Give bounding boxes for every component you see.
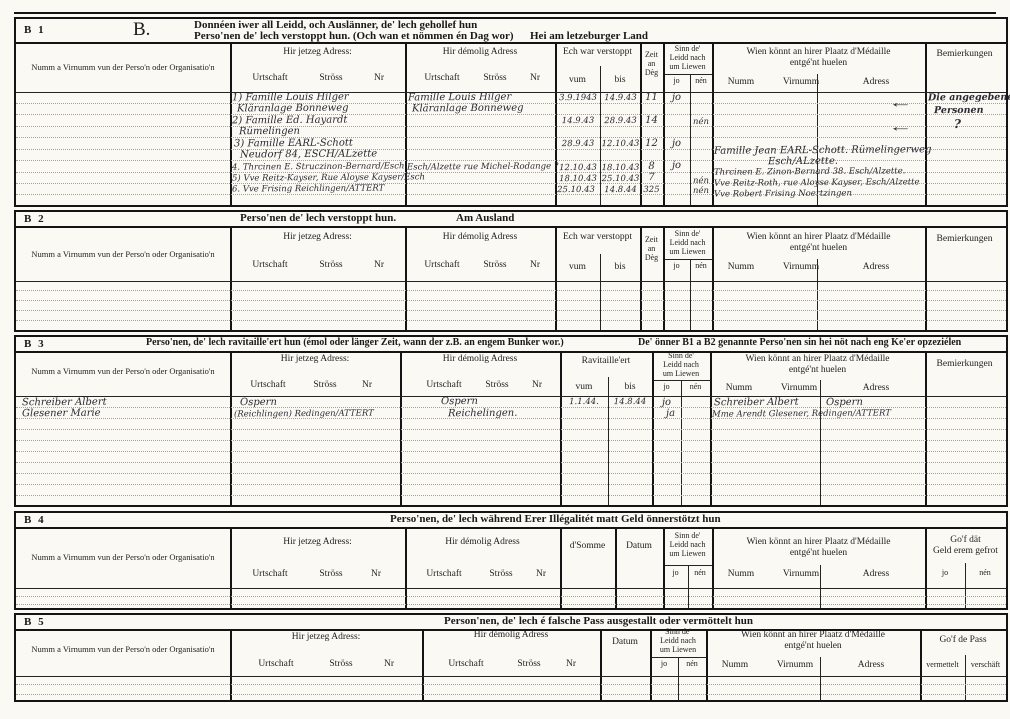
column-line bbox=[920, 629, 922, 700]
hw-entry: 25.10.43 bbox=[554, 185, 598, 195]
b4-gof-1: Go'f dät bbox=[925, 535, 1006, 546]
b4-gof-2: Geld erem gefrot bbox=[925, 546, 1006, 557]
column-line bbox=[600, 629, 602, 700]
hw-entry: 14.8.44 bbox=[601, 185, 640, 195]
hw-entry: Ospern bbox=[240, 397, 277, 408]
b3-col-jetzeg: Hir jetzeg Adress: bbox=[230, 354, 400, 365]
section-b2: B 2 Perso'nen de' lech verstoppt hun. Am… bbox=[14, 210, 1008, 332]
b5-wien-virnumm: Virnumm bbox=[764, 660, 826, 671]
b3-demolig-nr: Nr bbox=[522, 380, 552, 391]
b2-jetzeg-urtschaft: Urtschaft bbox=[240, 260, 300, 271]
b4-wien-virnumm: Virnumm bbox=[771, 569, 831, 580]
hw-entry: 28.9.43 bbox=[556, 139, 600, 149]
rule-line bbox=[16, 114, 1006, 115]
b3-sinn-nen: nén bbox=[681, 383, 710, 392]
b5-title: Person'nen, de' lech é falsche Pass ausg… bbox=[444, 615, 753, 627]
b3-wien-adress: Adress bbox=[836, 383, 916, 394]
b3-wien-2: entgé'nt huelen bbox=[710, 365, 925, 376]
hw-entry: 4. Thrcinen E. Struczinon-Bernard/Esch bbox=[232, 161, 405, 172]
b1-col-name: Numm a Virnumm vun der Perso'n oder Orga… bbox=[18, 63, 228, 73]
rule-line bbox=[16, 694, 1006, 695]
b4-col-datum: Datum bbox=[615, 541, 663, 552]
hw-entry: 14.8.44 bbox=[610, 397, 650, 407]
column-line bbox=[925, 351, 927, 505]
b2-col-bem: Bemierkungen bbox=[925, 234, 1004, 245]
b3-ravit-vum: vum bbox=[560, 382, 608, 393]
hw-remark: ? bbox=[954, 117, 961, 131]
b4-wien-adress: Adress bbox=[836, 569, 916, 580]
b1-sinn-3: um Liewen bbox=[663, 63, 712, 72]
b2-jetzeg-nr: Nr bbox=[364, 260, 394, 271]
b2-id: B 2 bbox=[24, 213, 46, 225]
hw-entry: 6. Vve Frising Reichlingen/ATTERT bbox=[232, 183, 384, 194]
b1-jetzeg-nr: Nr bbox=[364, 73, 394, 84]
b1-col-bem: Bemierkungen bbox=[925, 49, 1004, 60]
hw-entry: 11 bbox=[640, 92, 663, 103]
b2-demolig-urtschaft: Urtschaft bbox=[412, 260, 472, 271]
hw-entry: 18.10.43 bbox=[601, 163, 640, 173]
hw-entry: 12.10.43 bbox=[601, 139, 640, 149]
b3-sinn-3: um Liewen bbox=[652, 370, 710, 379]
hw-entry: Glesener Marie bbox=[22, 408, 101, 420]
b3-id: B 3 bbox=[24, 338, 46, 350]
b2-wien-virnumm: Virnumm bbox=[771, 262, 831, 273]
b2-wien-adress: Adress bbox=[836, 262, 916, 273]
hw-entry: ja bbox=[656, 408, 685, 419]
b4-sinn-nen: nén bbox=[688, 569, 712, 578]
b5-sinn-jo: jo bbox=[650, 660, 678, 669]
b2-verstoppt-vum: vum bbox=[555, 262, 600, 273]
hw-entry: 325 bbox=[640, 185, 663, 195]
b4-demolig-stross: Ströss bbox=[478, 569, 524, 580]
column-line bbox=[650, 629, 652, 700]
hw-entry: 1) Famille Louis Hilger bbox=[232, 92, 349, 104]
rule-line bbox=[16, 290, 1006, 291]
b2-title-right: Am Ausland bbox=[456, 212, 514, 224]
column-line bbox=[405, 226, 407, 330]
b2-title-rule bbox=[16, 226, 1006, 228]
hw-entry: Thrcinen E. Zinon-Bernard 38. Esch/Alzet… bbox=[714, 166, 906, 177]
b5-gof-vermettelt: vermettelt bbox=[920, 661, 965, 670]
b5-jetzeg-nr: Nr bbox=[374, 659, 404, 670]
scanned-form-page: B 1 B. Donnéen iwer all Leidd, och Auslä… bbox=[0, 0, 1010, 719]
b4-title-rule bbox=[16, 527, 1006, 529]
b1-col-demolig: Hir démolig Adress bbox=[405, 47, 555, 58]
b4-demolig-urtschaft: Urtschaft bbox=[414, 569, 474, 580]
b2-col-name: Numm a Virnumm vun der Perso'n oder Orga… bbox=[18, 250, 228, 260]
b2-sinn-3: um Liewen bbox=[663, 248, 712, 257]
b1-jetzeg-stross: Ströss bbox=[306, 73, 356, 84]
b5-sinn-3: um Liewen bbox=[650, 646, 706, 655]
rule-line bbox=[16, 495, 1006, 496]
b3-col-name: Numm a Virnumm vun der Perso'n oder Orga… bbox=[18, 367, 228, 377]
hw-remark: Personen bbox=[934, 105, 984, 116]
header-bottom-rule bbox=[16, 281, 1006, 282]
b3-ravit-bis: bis bbox=[608, 382, 652, 393]
hw-entry: Vve Robert Frising Noertzingen bbox=[714, 189, 852, 200]
hw-entry: Reichelingen. bbox=[448, 408, 517, 419]
b3-col-ravit: Ravitaille'ert bbox=[560, 356, 652, 367]
column-line bbox=[230, 351, 232, 505]
rule-line bbox=[16, 473, 1006, 474]
b1-col-jetzeg: Hir jetzeg Adress: bbox=[230, 47, 405, 58]
hw-entry: jo bbox=[663, 138, 690, 149]
section-b1: B 1 B. Donnéen iwer all Leidd, och Auslä… bbox=[14, 17, 1008, 207]
column-line bbox=[555, 226, 557, 330]
hw-entry: nén bbox=[690, 176, 712, 186]
rule-line bbox=[16, 126, 1006, 127]
b1-sinn-rule bbox=[663, 74, 712, 75]
b1-letter: B. bbox=[133, 19, 150, 41]
b5-wien-numm: Numm bbox=[710, 660, 760, 671]
b1-wien-adress: Adress bbox=[836, 77, 916, 88]
b1-wien-numm: Numm bbox=[716, 77, 766, 88]
b2-sinn-nen: nén bbox=[690, 262, 712, 271]
column-line bbox=[965, 563, 966, 608]
b5-gof-verschaft: verschäft bbox=[965, 661, 1006, 670]
rule-line bbox=[16, 462, 1006, 463]
b4-demolig-nr: Nr bbox=[526, 569, 556, 580]
hw-entry: Vve Reitz-Roth, rue Aloyse Kayser, Esch/… bbox=[714, 177, 920, 188]
b5-demolig-urtschaft: Urtschaft bbox=[436, 659, 496, 670]
b1-wien-2: entgé'nt huelen bbox=[712, 58, 925, 69]
b5-col-demolig: Hir démolig Adress bbox=[422, 630, 600, 641]
column-line bbox=[663, 226, 665, 330]
b5-id: B 5 bbox=[24, 616, 46, 628]
b5-col-datum: Datum bbox=[600, 637, 650, 648]
b3-jetzeg-nr: Nr bbox=[352, 380, 382, 391]
b3-wien-numm: Numm bbox=[714, 383, 764, 394]
b4-jetzeg-nr: Nr bbox=[361, 569, 391, 580]
rule-line bbox=[16, 484, 1006, 485]
rule-line bbox=[16, 310, 1006, 311]
hw-entry: 12 bbox=[640, 138, 663, 149]
b5-wien-1: Wien könnt an hirer Plaatz d'Médaille bbox=[706, 630, 920, 641]
b3-title-rule bbox=[16, 351, 1006, 353]
hw-entry: Kläranlage Bonneweg bbox=[237, 103, 349, 115]
b3-title: Perso'nen, de' lech ravitaille'ert hun (… bbox=[146, 337, 564, 348]
b3-demolig-urtschaft: Urtschaft bbox=[414, 380, 474, 391]
hw-entry: 7 bbox=[640, 172, 663, 183]
rule-line bbox=[16, 320, 1006, 321]
hw-entry: Ospern bbox=[826, 397, 863, 408]
b3-sinn-jo: jo bbox=[652, 383, 681, 392]
b1-demolig-stross: Ströss bbox=[472, 73, 518, 84]
hw-entry: 1.1.44. bbox=[562, 397, 606, 407]
b1-title-rule bbox=[16, 42, 1006, 44]
b4-gof-jo: jo bbox=[925, 569, 965, 578]
rule-line bbox=[16, 440, 1006, 441]
b5-sinn-nen: nén bbox=[678, 660, 706, 669]
b4-col-somme: d'Somme bbox=[560, 541, 615, 552]
rule-line bbox=[16, 451, 1006, 452]
b3-col-bem: Bemierkungen bbox=[925, 359, 1004, 370]
column-line bbox=[652, 351, 654, 505]
b5-jetzeg-urtschaft: Urtschaft bbox=[246, 659, 306, 670]
b1-title-line2: Perso'nen de' lech verstoppt hun. (Och w… bbox=[194, 30, 514, 42]
hw-entry: Mme Arendt Glesener, Redingen/ATTERT bbox=[712, 408, 891, 419]
column-line bbox=[710, 351, 712, 505]
b4-col-demolig: Hir démolig Adress bbox=[405, 537, 560, 548]
b4-sinn-3: um Liewen bbox=[663, 550, 712, 559]
hw-entry: (Reichlingen) Redingen/ATTERT bbox=[234, 409, 374, 420]
column-line bbox=[422, 629, 424, 700]
arrow-left-icon: ← bbox=[888, 95, 913, 111]
hw-entry: jo bbox=[663, 160, 690, 171]
b2-col-verstoppt: Ech war verstoppt bbox=[555, 232, 640, 243]
b5-wien-2: entgé'nt huelen bbox=[706, 641, 920, 652]
column-line bbox=[925, 42, 927, 205]
section-b3: B 3 Perso'nen, de' lech ravitaille'ert h… bbox=[14, 335, 1008, 507]
hw-entry: 14.9.43 bbox=[556, 116, 600, 126]
b2-demolig-stross: Ströss bbox=[472, 260, 518, 271]
b4-jetzeg-urtschaft: Urtschaft bbox=[240, 569, 300, 580]
b3-demolig-stross: Ströss bbox=[474, 380, 520, 391]
b5-jetzeg-stross: Ströss bbox=[316, 659, 366, 670]
b2-jetzeg-stross: Ströss bbox=[306, 260, 356, 271]
hw-entry: Esch/ALzette. bbox=[768, 156, 838, 167]
column-line bbox=[230, 629, 232, 700]
b5-col-gofpass: Go'f de Pass bbox=[920, 635, 1006, 646]
b2-demolig-nr: Nr bbox=[520, 260, 550, 271]
hw-entry: nén bbox=[690, 117, 712, 127]
b1-title-line3: Hei am letzeburger Land bbox=[530, 30, 648, 42]
b1-sinn-jo: jo bbox=[663, 77, 690, 86]
b2-col-jetzeg: Hir jetzeg Adress: bbox=[230, 232, 405, 243]
b4-id: B 4 bbox=[24, 514, 46, 526]
b2-wien-1: Wien könnt an hirer Plaatz d'Médaille bbox=[712, 232, 925, 243]
b2-wien-2: entgé'nt huelen bbox=[712, 243, 925, 254]
b5-col-jetzeg: Hir jetzeg Adress: bbox=[230, 632, 422, 643]
column-line bbox=[820, 380, 821, 505]
b4-jetzeg-stross: Ströss bbox=[306, 569, 356, 580]
hw-entry: 3) Famille EARL-Schott bbox=[234, 138, 353, 150]
header-bottom-rule bbox=[16, 588, 1006, 589]
hw-entry: 3.9.1943 bbox=[556, 93, 600, 103]
rule-line bbox=[16, 596, 1006, 597]
b1-wien-1: Wien könnt an hirer Plaatz d'Médaille bbox=[712, 47, 925, 58]
section-b4: B 4 Perso'nen, de' lech während Erer Ill… bbox=[14, 511, 1008, 610]
hw-entry: jo bbox=[652, 397, 681, 408]
b2-verstoppt-bis: bis bbox=[600, 262, 640, 273]
rule-line bbox=[16, 429, 1006, 430]
hw-entry: Ospern bbox=[441, 396, 478, 407]
column-line bbox=[712, 226, 714, 330]
hw-entry: 5) Vve Reitz-Kayser, Rue Aloyse Kayser/E… bbox=[232, 172, 425, 183]
rule-line bbox=[16, 137, 1006, 138]
rule-line bbox=[16, 194, 1006, 195]
hw-entry: 14 bbox=[640, 115, 663, 126]
column-line bbox=[925, 226, 927, 330]
b2-title: Perso'nen de' lech verstoppt hun. bbox=[240, 212, 396, 224]
hw-entry: 14.9.43 bbox=[601, 93, 640, 103]
hw-entry: 25.10.43 bbox=[601, 174, 640, 184]
hw-entry: 18.10.43 bbox=[556, 174, 600, 184]
b1-demolig-urtschaft: Urtschaft bbox=[412, 73, 472, 84]
b4-sinn-jo: jo bbox=[663, 569, 688, 578]
hw-entry: 12.10.43 bbox=[556, 163, 600, 173]
b5-demolig-stross: Ströss bbox=[506, 659, 552, 670]
hw-entry: Schreiber Albert bbox=[22, 397, 107, 409]
b4-wien-1: Wien könnt an hirer Plaatz d'Médaille bbox=[712, 537, 925, 548]
b4-col-name: Numm a Virnumm vun der Perso'n oder Orga… bbox=[18, 553, 228, 563]
hw-entry: 8 bbox=[640, 161, 663, 172]
b5-col-name: Numm a Virnumm vun der Perso'n oder Orga… bbox=[18, 645, 228, 655]
b3-title-cont: De' önner B1 a B2 genannte Perso'nen sin… bbox=[638, 337, 961, 348]
column-line bbox=[688, 565, 689, 608]
rule-line bbox=[16, 604, 1006, 605]
header-bottom-rule bbox=[16, 676, 1006, 677]
hw-remark: Die angegebenen bbox=[928, 92, 1010, 104]
hw-entry: 2) Famille Ed. Hayardt bbox=[232, 115, 347, 127]
b4-wien-2: entgé'nt huelen bbox=[712, 548, 925, 559]
section-b5: B 5 Person'nen, de' lech é falsche Pass … bbox=[14, 613, 1008, 702]
b1-zeit-3: Dèg bbox=[640, 69, 663, 78]
column-line bbox=[230, 226, 232, 330]
b2-wien-numm: Numm bbox=[716, 262, 766, 273]
b3-wien-1: Wien könnt an hirer Plaatz d'Médaille bbox=[710, 354, 925, 365]
b1-sinn-nen: nén bbox=[690, 77, 712, 86]
b1-verstoppt-vum: vum bbox=[555, 75, 600, 86]
b2-zeit-3: Dèg bbox=[640, 254, 663, 263]
hw-entry: Schreiber Albert bbox=[714, 397, 799, 409]
column-line bbox=[640, 226, 642, 330]
arrow-left-icon: ← bbox=[888, 119, 913, 135]
b1-col-verstoppt: Ech war verstoppt bbox=[555, 47, 640, 58]
column-line bbox=[400, 351, 402, 505]
column-line bbox=[820, 565, 821, 608]
hw-entry: 28.9.43 bbox=[601, 116, 640, 126]
b2-sinn-rule bbox=[663, 259, 712, 260]
column-line bbox=[560, 351, 562, 505]
rule-line bbox=[16, 300, 1006, 301]
hw-entry: Kläranlage Bonneweg bbox=[412, 103, 524, 115]
b3-jetzeg-stross: Ströss bbox=[302, 380, 348, 391]
b5-demolig-nr: Nr bbox=[556, 659, 586, 670]
b1-jetzeg-urtschaft: Urtschaft bbox=[240, 73, 300, 84]
hw-entry: Rümelingen bbox=[239, 126, 300, 137]
hw-entry: Neudorf 84, ESCH/ALzette bbox=[240, 149, 377, 161]
rule-line bbox=[16, 684, 1006, 685]
hw-entry: Famille Louis Hilger bbox=[408, 92, 511, 104]
b2-col-demolig: Hir démolig Adress bbox=[405, 232, 555, 243]
column-line bbox=[600, 254, 601, 330]
b4-title: Perso'nen, de' lech während Erer Illégal… bbox=[390, 513, 721, 525]
hw-entry: jo bbox=[663, 92, 690, 103]
b4-gof-nen: nén bbox=[965, 569, 1005, 578]
b4-wien-numm: Numm bbox=[716, 569, 766, 580]
hw-entry: Esch/Alzette rue Michel-Rodange ? bbox=[407, 161, 558, 172]
column-line bbox=[681, 380, 682, 505]
b1-demolig-nr: Nr bbox=[520, 73, 550, 84]
column-line bbox=[706, 629, 708, 700]
b5-wien-adress: Adress bbox=[831, 660, 911, 671]
b1-wien-virnumm: Virnumm bbox=[771, 77, 831, 88]
b4-col-jetzeg: Hir jetzeg Adress: bbox=[230, 537, 405, 548]
b1-id: B 1 bbox=[24, 24, 46, 36]
hw-entry: nén bbox=[690, 186, 712, 196]
b3-jetzeg-urtschaft: Urtschaft bbox=[238, 380, 298, 391]
page-top-rule bbox=[14, 12, 996, 14]
b2-sinn-jo: jo bbox=[663, 262, 690, 271]
b1-verstoppt-bis: bis bbox=[600, 75, 640, 86]
b3-col-demolig: Hir démolig Adress bbox=[400, 354, 560, 365]
column-line bbox=[663, 42, 665, 205]
